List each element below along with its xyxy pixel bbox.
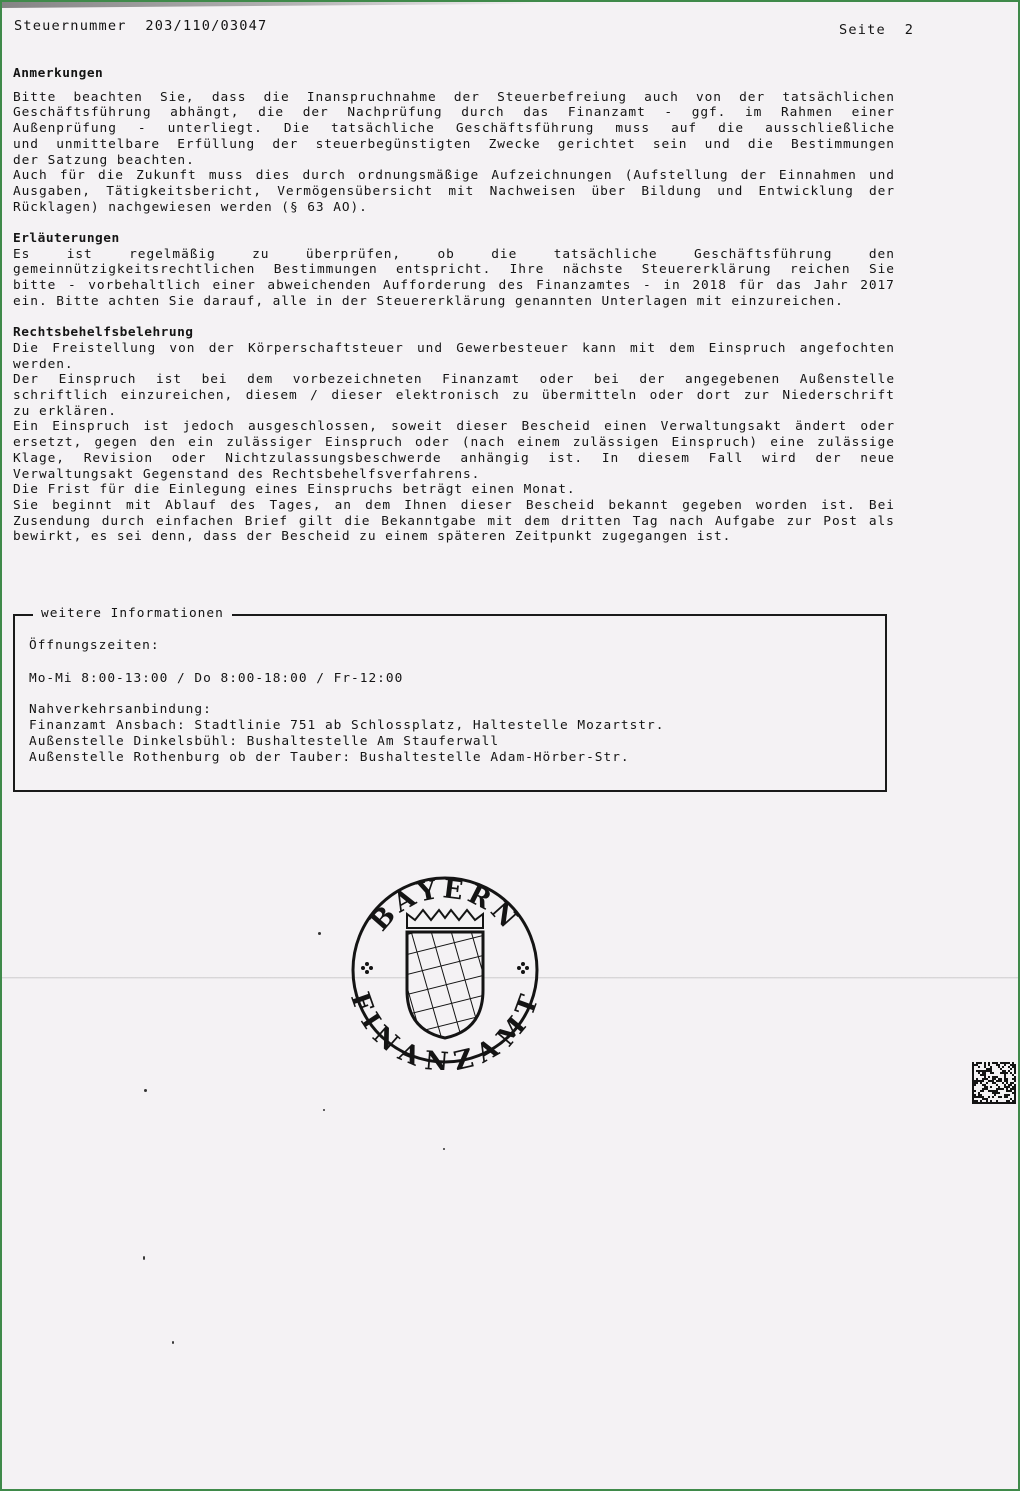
word: jedoch bbox=[183, 419, 235, 435]
text-line: Klage,RevisionoderNichtzulassungsbeschwe… bbox=[13, 451, 895, 467]
text-line: werden. bbox=[13, 357, 895, 373]
word: zulässige bbox=[817, 435, 895, 451]
word: oder bbox=[415, 435, 450, 451]
section-gap bbox=[13, 215, 895, 231]
word: Finanzamt bbox=[568, 105, 646, 121]
word: Ihre bbox=[510, 262, 545, 278]
word: (Aufstellung bbox=[625, 168, 729, 184]
word: tatsächliche bbox=[554, 247, 658, 263]
word: Geschäftsführung bbox=[13, 105, 151, 121]
text-line: BittebeachtenSie,dassdieInanspruchnahmed… bbox=[13, 90, 895, 106]
word: / bbox=[310, 388, 319, 404]
word: ein bbox=[188, 435, 214, 451]
word: abhängt, bbox=[170, 105, 239, 121]
word: bewirkt, es sei denn, dass der Bescheid … bbox=[13, 529, 731, 545]
word: Die bbox=[13, 341, 39, 357]
word: oder bbox=[650, 388, 685, 404]
page-indicator: Seite 2 bbox=[839, 22, 914, 38]
text-line: DerEinspruchistbeidemvorbezeichnetenFina… bbox=[13, 372, 895, 388]
word: ist. bbox=[548, 451, 583, 467]
word: zur bbox=[786, 514, 812, 530]
word: dort bbox=[697, 388, 732, 404]
word: Geschäftsführung bbox=[694, 247, 832, 263]
text-line: gemeinnützigkeitsrechtlichenBestimmungen… bbox=[13, 262, 895, 278]
word: bei bbox=[594, 372, 620, 388]
word: Die bbox=[284, 121, 310, 137]
text-line: zu erklären. bbox=[13, 404, 895, 420]
word: die bbox=[491, 247, 517, 263]
word: neue bbox=[860, 451, 895, 467]
text-line: ein. Bitte achten Sie darauf, alle in de… bbox=[13, 294, 895, 310]
word: im bbox=[745, 105, 762, 121]
word: einer bbox=[852, 105, 895, 121]
word: Der bbox=[13, 372, 39, 388]
word: Bildung bbox=[641, 184, 702, 200]
word: Nichtzulassungsbeschwerde bbox=[225, 451, 441, 467]
word: mit bbox=[126, 498, 152, 514]
word: 2017 bbox=[860, 278, 895, 294]
word: von bbox=[169, 341, 195, 357]
word: Bekanntgabe bbox=[381, 514, 476, 530]
word: bei bbox=[202, 372, 228, 388]
text-line: DieFreistellungvonderKörperschaftsteueru… bbox=[13, 341, 895, 357]
text-line: Die Frist für die Einlegung eines Einspr… bbox=[13, 482, 895, 498]
word: Außenprüfung bbox=[13, 121, 117, 137]
word: mit bbox=[630, 341, 656, 357]
word: an bbox=[335, 498, 352, 514]
word: ist bbox=[67, 247, 93, 263]
word: 2018 bbox=[692, 278, 727, 294]
text-line: SiebeginntmitAblaufdesTages,andemIhnendi… bbox=[13, 498, 895, 514]
word: der bbox=[869, 184, 895, 200]
info-box-legend: weitere Informationen bbox=[33, 606, 232, 621]
word: einem bbox=[517, 435, 560, 451]
word: tatsächliche bbox=[331, 121, 435, 137]
word: (nach bbox=[462, 435, 505, 451]
word: für bbox=[739, 278, 765, 294]
section-heading: Rechtsbehelfsbelehrung bbox=[13, 325, 895, 341]
opening-hours: Mo-Mi 8:00-13:00 / Do 8:00-18:00 / Fr-12… bbox=[29, 671, 403, 686]
word: elektronisch bbox=[396, 388, 500, 404]
page-label: Seite bbox=[839, 22, 886, 38]
word: angegebenen bbox=[685, 372, 780, 388]
text-line: ersetzt,gegendeneinzulässigerEinspruchod… bbox=[13, 435, 895, 451]
word: Ihnen bbox=[404, 498, 447, 514]
word: entspricht. bbox=[396, 262, 491, 278]
word: zu bbox=[252, 247, 269, 263]
word: Aufzeichnungen bbox=[491, 168, 612, 184]
word: oder bbox=[860, 419, 895, 435]
word: eine bbox=[770, 435, 805, 451]
word: der bbox=[816, 451, 842, 467]
text-line: Geschäftsführungabhängt,diederNachprüfun… bbox=[13, 105, 895, 121]
scan-speck bbox=[144, 1089, 147, 1092]
word: muss bbox=[209, 168, 244, 184]
word: gerichtet bbox=[558, 137, 636, 153]
scan-speck bbox=[323, 1109, 325, 1111]
word: wird bbox=[762, 451, 797, 467]
word: kann bbox=[582, 341, 617, 357]
word: diesem bbox=[638, 451, 690, 467]
word: nächste bbox=[563, 262, 624, 278]
section-gap bbox=[13, 310, 895, 326]
text-line: der Satzung beachten. bbox=[13, 153, 895, 169]
transport-label: Nahverkehrsanbindung: bbox=[29, 702, 212, 717]
word: durch bbox=[303, 168, 346, 184]
text-line: schriftlicheinzureichen,diesem/dieserele… bbox=[13, 388, 895, 404]
bavarian-finance-office-seal-icon: BAYERN FINANZAMT bbox=[345, 870, 545, 1070]
word: - bbox=[138, 121, 147, 137]
word: Verwaltungsakt Gegenstand des Rechtsbehe… bbox=[13, 467, 480, 483]
tax-number-label: Steuernummer bbox=[14, 18, 127, 34]
word: diesem bbox=[246, 388, 298, 404]
tax-number-value: 203/110/03047 bbox=[145, 18, 267, 34]
word: in bbox=[663, 278, 680, 294]
word: Bestimmungen bbox=[274, 262, 378, 278]
word: die bbox=[264, 90, 290, 106]
word: Klage, bbox=[13, 451, 65, 467]
word: der bbox=[454, 90, 480, 106]
word: und bbox=[417, 341, 443, 357]
word: werden. bbox=[13, 357, 74, 373]
word: Post bbox=[823, 514, 858, 530]
word: Sie, bbox=[160, 90, 195, 106]
word: Niederschrift bbox=[782, 388, 895, 404]
word: durch bbox=[461, 105, 504, 121]
scan-speck bbox=[143, 1256, 145, 1260]
word: Steuerbefreiung bbox=[497, 90, 627, 106]
word: nach bbox=[669, 514, 704, 530]
word: Bescheid bbox=[522, 419, 591, 435]
word: dieser bbox=[331, 388, 383, 404]
section-heading: Anmerkungen bbox=[13, 66, 895, 82]
word: Aufforderung bbox=[383, 278, 487, 294]
text-line: bewirkt, es sei denn, dass der Bescheid … bbox=[13, 529, 895, 545]
transport-line: Außenstelle Rothenburg ob der Tauber: Bu… bbox=[29, 750, 630, 765]
word: mit bbox=[487, 514, 513, 530]
word: die bbox=[344, 514, 370, 530]
word: oder bbox=[540, 372, 575, 388]
info-box: weitere Informationen Öffnungszeiten: Mo… bbox=[13, 614, 887, 792]
word: und bbox=[717, 184, 743, 200]
word: Zwecke bbox=[489, 137, 541, 153]
word: Nachweisen bbox=[490, 184, 577, 200]
word: und bbox=[869, 168, 895, 184]
word: Einspruch bbox=[59, 372, 137, 388]
word: durch bbox=[102, 514, 145, 530]
word: Zukunft bbox=[136, 168, 197, 184]
word: Einspruch bbox=[709, 341, 787, 357]
word: Gewerbesteuer bbox=[456, 341, 569, 357]
word: steuerbegünstigten bbox=[316, 137, 472, 153]
word: Jahr bbox=[814, 278, 849, 294]
word: anhängig bbox=[460, 451, 529, 467]
word: dem bbox=[247, 372, 273, 388]
word: auch bbox=[644, 90, 679, 106]
word: abweichenden bbox=[267, 278, 371, 294]
word: als bbox=[869, 514, 895, 530]
word: Steuererklärung bbox=[642, 262, 772, 278]
word: mit bbox=[448, 184, 474, 200]
word: die bbox=[258, 105, 284, 121]
word: Revision bbox=[84, 451, 153, 467]
section-heading: Erläuterungen bbox=[13, 231, 895, 247]
word: überprüfen, bbox=[306, 247, 401, 263]
word: auf bbox=[671, 121, 697, 137]
datamatrix-code-icon bbox=[972, 1062, 1016, 1104]
word: muss bbox=[615, 121, 650, 137]
word: schriftlich bbox=[13, 388, 108, 404]
word: gegeben bbox=[682, 498, 743, 514]
text-line: Verwaltungsakt Gegenstand des Rechtsbehe… bbox=[13, 467, 895, 483]
word: und bbox=[705, 137, 731, 153]
text-line: bitte-vorbehaltlicheinerabweichendenAuff… bbox=[13, 278, 895, 294]
word: Es bbox=[13, 247, 30, 263]
word: die bbox=[748, 137, 774, 153]
word: Tag bbox=[633, 514, 659, 530]
word: dritten bbox=[561, 514, 622, 530]
word: die bbox=[98, 168, 124, 184]
word: dem bbox=[524, 514, 550, 530]
word: ersetzt, bbox=[13, 435, 82, 451]
transport-line: Außenstelle Dinkelsbühl: Bushaltestelle … bbox=[29, 734, 499, 749]
word: einer bbox=[212, 278, 255, 294]
word: Nachprüfung bbox=[347, 105, 442, 121]
word: ist. bbox=[821, 498, 856, 514]
word: dies bbox=[256, 168, 291, 184]
word: tatsächlichen bbox=[782, 90, 895, 106]
word: gilt bbox=[299, 514, 334, 530]
text-line: Esistregelmäßigzuüberprüfen,obdietatsäch… bbox=[13, 247, 895, 263]
word: zu erklären. bbox=[13, 404, 117, 420]
word: gegen bbox=[94, 435, 137, 451]
word: dem bbox=[365, 498, 391, 514]
word: Rahmen bbox=[781, 105, 833, 121]
word: - bbox=[643, 278, 652, 294]
word: der Satzung beachten. bbox=[13, 153, 195, 169]
word: der bbox=[303, 105, 329, 121]
word: Sie bbox=[869, 262, 895, 278]
word: Die Frist für die Einlegung eines Einspr… bbox=[13, 482, 576, 498]
word: Entwicklung bbox=[759, 184, 854, 200]
text-line: undunmittelbareErfüllungdersteuerbegünst… bbox=[13, 137, 895, 153]
word: Erfüllung bbox=[177, 137, 255, 153]
word: Rücklagen) nachgewiesen werden (§ 63 AO)… bbox=[13, 200, 368, 216]
word: oder bbox=[172, 451, 207, 467]
word: Inanspruchnahme bbox=[307, 90, 437, 106]
word: gemeinnützigkeitsrechtlichen bbox=[13, 262, 255, 278]
word: vorbehaltlich bbox=[88, 278, 201, 294]
word: Einspruch bbox=[52, 419, 130, 435]
word: unterliegt. bbox=[168, 121, 263, 137]
word: ausgeschlossen, bbox=[248, 419, 378, 435]
word: der bbox=[209, 341, 235, 357]
word: Auch bbox=[13, 168, 48, 184]
scan-shadow bbox=[2, 2, 542, 8]
opening-hours-label: Öffnungszeiten: bbox=[29, 638, 160, 653]
word: von bbox=[696, 90, 722, 106]
word: Verwaltungsakt bbox=[661, 419, 782, 435]
word: dem bbox=[669, 341, 695, 357]
word: ggf. bbox=[692, 105, 727, 121]
word: Ablauf bbox=[165, 498, 217, 514]
word: ordnungsmäßige bbox=[358, 168, 479, 184]
word: Freistellung bbox=[52, 341, 156, 357]
word: Außenstelle bbox=[800, 372, 895, 388]
word: den bbox=[150, 435, 176, 451]
word: vorbezeichneten bbox=[293, 372, 423, 388]
word: einzureichen, bbox=[121, 388, 234, 404]
word: Vermögensübersicht bbox=[277, 184, 433, 200]
word: über bbox=[591, 184, 626, 200]
word: Finanzamt bbox=[442, 372, 520, 388]
word: - bbox=[68, 278, 77, 294]
text-line: Rücklagen) nachgewiesen werden (§ 63 AO)… bbox=[13, 200, 895, 216]
word: ist bbox=[143, 419, 169, 435]
word: einfachen bbox=[156, 514, 234, 530]
word: Fall bbox=[709, 451, 744, 467]
scan-speck bbox=[172, 1341, 174, 1344]
word: der bbox=[272, 137, 298, 153]
word: reichen bbox=[790, 262, 851, 278]
word: und bbox=[13, 137, 39, 153]
word: Körperschaftsteuer bbox=[248, 341, 404, 357]
word: soweit bbox=[391, 419, 443, 435]
word: Bescheid bbox=[526, 498, 595, 514]
word: des bbox=[230, 498, 256, 514]
word: der bbox=[739, 90, 765, 106]
word: Ein bbox=[13, 419, 39, 435]
word: übermitteln bbox=[542, 388, 637, 404]
text-line: ZusendungdurcheinfachenBriefgiltdieBekan… bbox=[13, 514, 895, 530]
word: Aufgabe bbox=[715, 514, 776, 530]
word: Zusendung bbox=[13, 514, 91, 530]
word: der bbox=[741, 168, 767, 184]
word: beachten bbox=[74, 90, 143, 106]
word: Sie bbox=[13, 498, 39, 514]
word: beginnt bbox=[52, 498, 113, 514]
word: regelmäßig bbox=[129, 247, 216, 263]
word: Ausgaben, bbox=[13, 184, 91, 200]
word: das bbox=[523, 105, 549, 121]
word: Bitte bbox=[13, 90, 56, 106]
word: zulässiger bbox=[226, 435, 313, 451]
document-body: AnmerkungenBittebeachtenSie,dassdieInans… bbox=[13, 66, 895, 545]
word: dieser bbox=[456, 419, 508, 435]
word: für bbox=[60, 168, 86, 184]
word: Einspruch bbox=[325, 435, 403, 451]
page-number: 2 bbox=[905, 22, 914, 38]
word: Tätigkeitsbericht, bbox=[106, 184, 262, 200]
word: zur bbox=[744, 388, 770, 404]
text-line: EinEinspruchistjedochausgeschlossen,sowe… bbox=[13, 419, 895, 435]
word: ist bbox=[156, 372, 182, 388]
word: Einspruch) bbox=[672, 435, 759, 451]
word: In bbox=[602, 451, 619, 467]
text-line: Außenprüfung-unterliegt.DietatsächlicheG… bbox=[13, 121, 895, 137]
word: zu bbox=[512, 388, 529, 404]
word: Geschäftsführung bbox=[456, 121, 594, 137]
scan-speck bbox=[318, 932, 321, 935]
word: bitte bbox=[13, 278, 56, 294]
word: dass bbox=[212, 90, 247, 106]
word: Einnahmen bbox=[779, 168, 857, 184]
tax-number-header: Steuernummer 203/110/03047 bbox=[14, 18, 267, 34]
word: worden bbox=[756, 498, 808, 514]
word: der bbox=[639, 372, 665, 388]
word: das bbox=[776, 278, 802, 294]
word: den bbox=[869, 247, 895, 263]
word: des bbox=[498, 278, 524, 294]
word: Brief bbox=[245, 514, 288, 530]
word: - bbox=[664, 105, 673, 121]
word: dieser bbox=[461, 498, 513, 514]
word: bekannt bbox=[608, 498, 669, 514]
transport-line: Finanzamt Ansbach: Stadtlinie 751 ab Sch… bbox=[29, 718, 664, 733]
word: Finanzamtes bbox=[536, 278, 631, 294]
word: angefochten bbox=[800, 341, 895, 357]
word: Bestimmungen bbox=[791, 137, 895, 153]
word: einen bbox=[604, 419, 647, 435]
word: ausschließliche bbox=[765, 121, 895, 137]
word: ein. Bitte achten Sie darauf, alle in de… bbox=[13, 294, 844, 310]
word: Tages, bbox=[269, 498, 321, 514]
text-line: Ausgaben,Tätigkeitsbericht,Vermögensüber… bbox=[13, 184, 895, 200]
word: ob bbox=[438, 247, 455, 263]
word: sein bbox=[653, 137, 688, 153]
word: zulässigen bbox=[573, 435, 660, 451]
word: Bei bbox=[869, 498, 895, 514]
word: ändert bbox=[795, 419, 847, 435]
text-line: AuchfürdieZukunftmussdiesdurchordnungsmä… bbox=[13, 168, 895, 184]
word: die bbox=[718, 121, 744, 137]
scan-speck bbox=[443, 1148, 445, 1150]
heading-gap bbox=[13, 82, 895, 90]
word: unmittelbare bbox=[56, 137, 160, 153]
